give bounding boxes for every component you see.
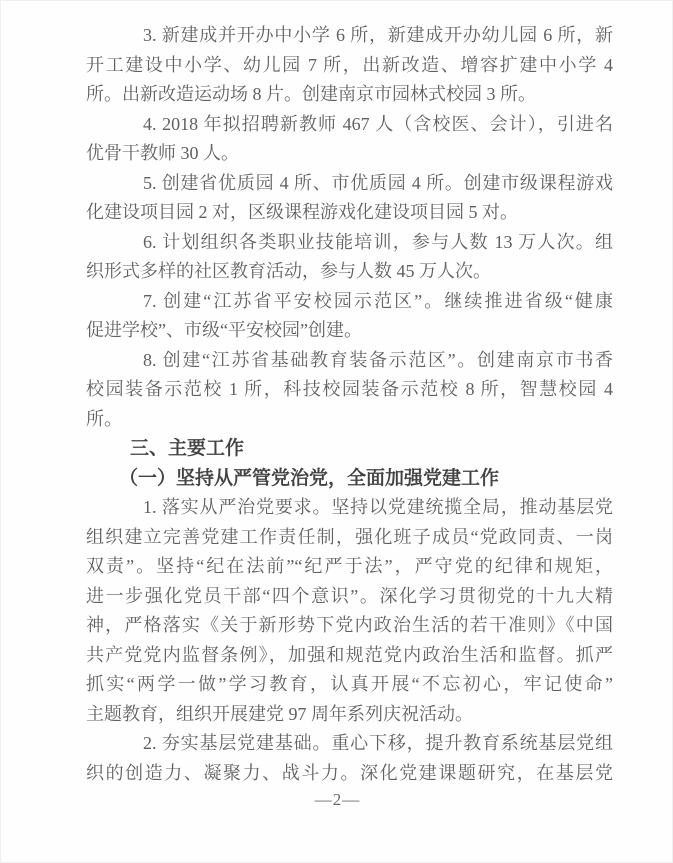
- text-line-19: 双责”。坚持“纪在法前”“纪严于法”，严守党的纪律和规矩，: [86, 552, 613, 582]
- text-line-20: 进一步强化党员干部“四个意识”。深化学习贯彻党的十九大精: [86, 582, 613, 612]
- text-line-9: 织形式多样的社区教育活动，参与人数 45 万人次。: [86, 257, 613, 287]
- text-line-25: 2. 夯实基层党建基础。重心下移，提升教育系统基层党组: [86, 729, 613, 759]
- text-line-17: 1. 落实从严治党要求。坚持以党建统揽全局，推动基层党: [86, 493, 613, 523]
- text-line-26: 织的创造力、凝聚力、战斗力。深化党建课题研究，在基层党: [86, 759, 613, 789]
- text-line-16: （一）坚持从严管党治党，全面加强党建工作: [86, 464, 613, 494]
- text-line-22: 共产党党内监督条例》，加强和规范党内政治生活和监督。抓严: [86, 641, 613, 671]
- text-line-8: 6. 计划组织各类职业技能培训，参与人数 13 万人次。组: [86, 228, 613, 258]
- text-line-4: 4. 2018 年拟招聘新教师 467 人（含校医、会计），引进名: [86, 110, 613, 140]
- text-line-2: 开工建设中小学、幼儿园 7 所，出新改造、增容扩建中小学 4: [86, 51, 613, 81]
- text-line-12: 8. 创建“江苏省基础教育装备示范区”。创建南京市书香: [86, 346, 613, 376]
- text-line-6: 5. 创建省优质园 4 所、市优质园 4 所。创建市级课程游戏: [86, 169, 613, 199]
- text-line-18: 组织建立完善党建工作责任制，强化班子成员“党政同责、一岗: [86, 523, 613, 553]
- text-line-14: 所。: [86, 405, 613, 435]
- text-line-21: 神，严格落实《关于新形势下党内政治生活的若干准则》《中国: [86, 611, 613, 641]
- text-line-5: 优骨干教师 30 人。: [86, 139, 613, 169]
- page-number: —2—: [1, 790, 673, 810]
- text-line-7: 化建设项目园 2 对，区级课程游戏化建设项目园 5 对。: [86, 198, 613, 228]
- text-line-1: 3. 新建成并开办中小学 6 所，新建成开办幼儿园 6 所，新: [86, 21, 613, 51]
- text-line-3: 所。出新改造运动场 8 片。创建南京市园林式校园 3 所。: [86, 80, 613, 110]
- text-line-15: 三、主要工作: [86, 434, 613, 464]
- text-line-23: 抓实“两学一做”学习教育，认真开展“不忘初心，牢记使命”: [86, 670, 613, 700]
- text-line-10: 7. 创建“江苏省平安校园示范区”。继续推进省级“健康: [86, 287, 613, 317]
- text-line-11: 促进学校”、市级“平安校园”创建。: [86, 316, 613, 346]
- text-line-13: 校园装备示范校 1 所，科技校园装备示范校 8 所，智慧校园 4: [86, 375, 613, 405]
- scanned-document-page: 3. 新建成并开办中小学 6 所，新建成开办幼儿园 6 所，新开工建设中小学、幼…: [0, 0, 673, 863]
- text-line-24: 主题教育，组织开展建党 97 周年系列庆祝活动。: [86, 700, 613, 730]
- document-body: 3. 新建成并开办中小学 6 所，新建成开办幼儿园 6 所，新开工建设中小学、幼…: [86, 21, 613, 788]
